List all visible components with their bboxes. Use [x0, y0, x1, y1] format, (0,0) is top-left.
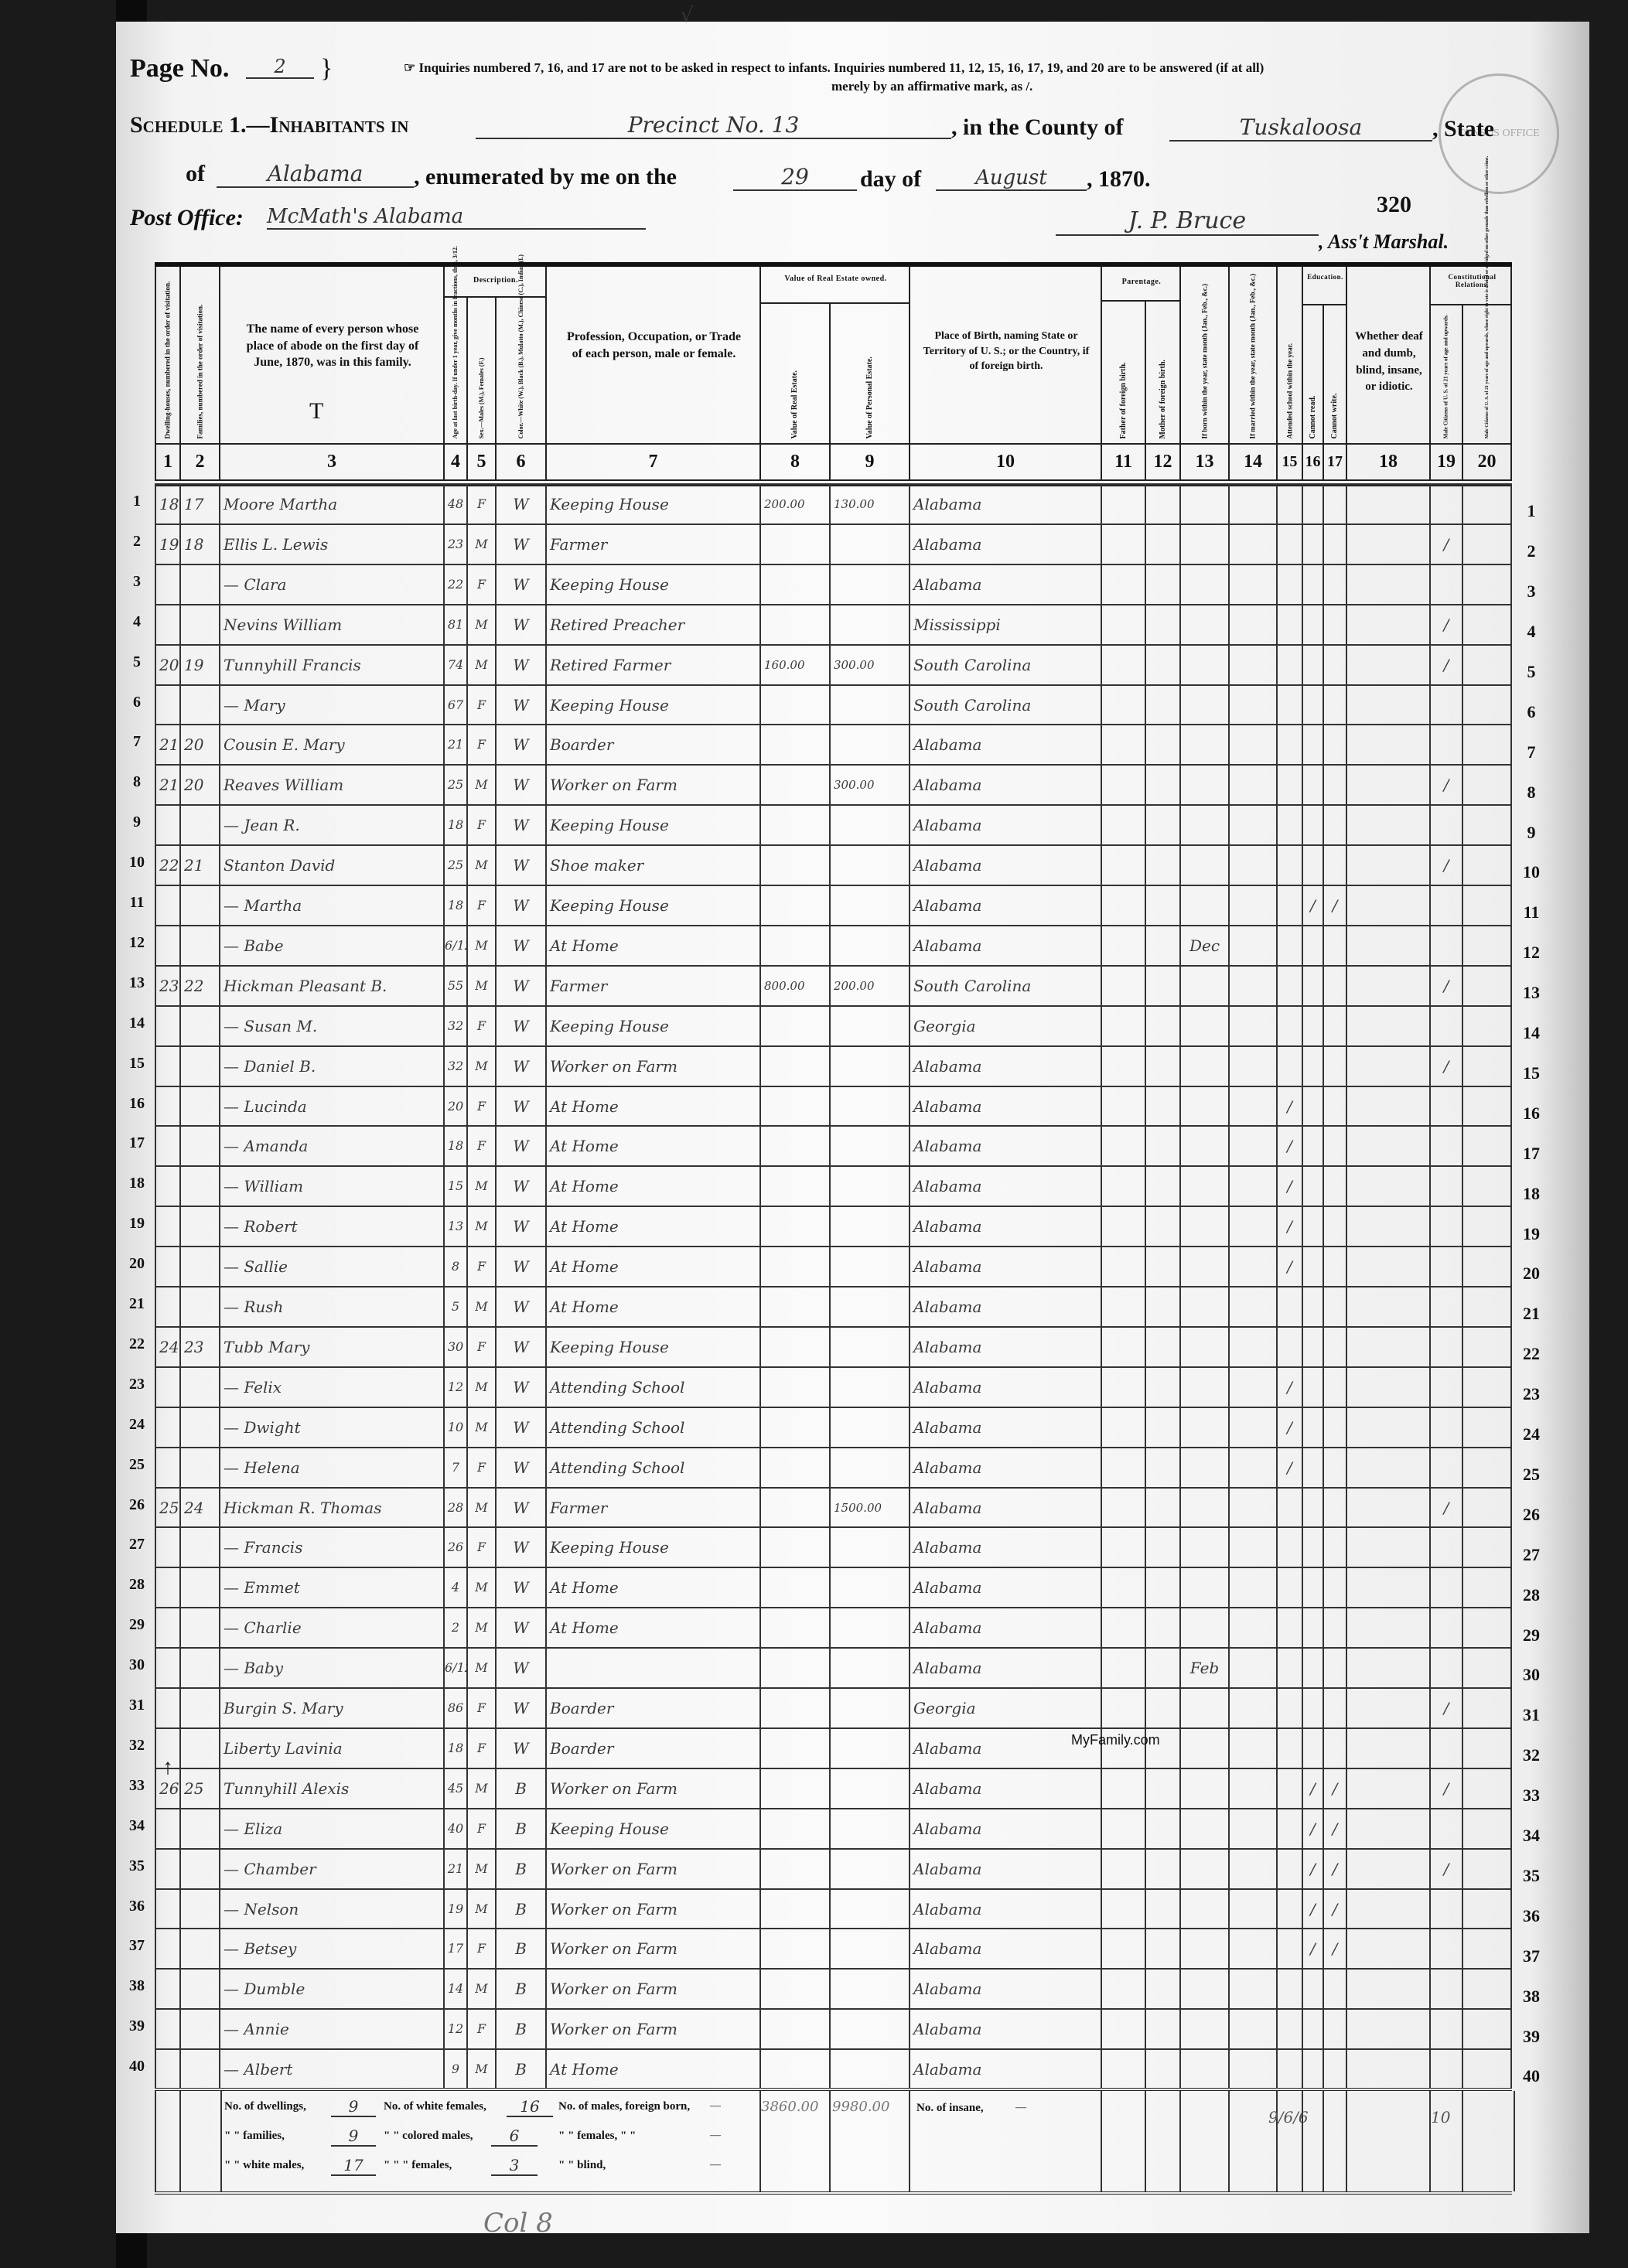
citizen-cell: [1429, 1729, 1462, 1768]
citizen-cell: /: [1429, 1047, 1462, 1086]
birthplace-cell: Alabama: [909, 1929, 1101, 1968]
born-month-cell: Feb: [1179, 1649, 1228, 1687]
totals-footer: No. of dwellings, 9 No. of white females…: [155, 2088, 1512, 2195]
color-cell: B: [495, 1970, 545, 2008]
dwelling-cell: [155, 1809, 179, 1848]
father-foreign-cell: [1101, 766, 1145, 804]
cannot-read-cell: /: [1302, 1809, 1323, 1848]
cannot-write-cell: /: [1323, 1809, 1346, 1848]
line-number-right: 13: [1516, 983, 1547, 1003]
personal-estate-cell: [829, 1809, 909, 1848]
mother-foreign-cell: [1145, 1247, 1179, 1286]
married-month-cell: [1228, 525, 1276, 564]
cannot-write-cell: [1323, 1247, 1346, 1286]
citizen-cell: [1429, 1127, 1462, 1165]
color-cell: W: [495, 1087, 545, 1126]
birthplace-cell: Alabama: [909, 926, 1101, 965]
sex-cell: M: [466, 525, 495, 564]
father-foreign-cell: [1101, 926, 1145, 965]
occupation-cell: Attending School: [545, 1448, 759, 1487]
group-value-estate: Value of Real Estate owned.: [759, 267, 909, 304]
married-month-cell: [1228, 806, 1276, 844]
vote-denied-cell: [1462, 1007, 1512, 1045]
personal-estate-cell: [829, 1608, 909, 1647]
father-foreign-cell: [1101, 846, 1145, 885]
color-cell: W: [495, 1689, 545, 1727]
cannot-write-cell: [1323, 1729, 1346, 1768]
sex-cell: M: [466, 967, 495, 1005]
name-cell: — Annie: [219, 2010, 443, 2048]
table-row: — Jean R.18FWKeeping HouseAlabama: [155, 804, 1512, 844]
line-number-left: 29: [125, 1616, 148, 1634]
family-cell: [179, 806, 219, 844]
line-number-left: 25: [125, 1456, 148, 1474]
age-cell: 10: [443, 1408, 466, 1447]
line-number-left: 26: [125, 1496, 148, 1514]
day-field: 29: [733, 164, 857, 191]
real-estate-cell: [759, 1769, 829, 1808]
attended-school-cell: [1276, 1649, 1302, 1687]
real-estate-cell: [759, 1528, 829, 1567]
age-cell: 55: [443, 967, 466, 1005]
sex-cell: F: [466, 1809, 495, 1848]
citizen-cell: [1429, 1608, 1462, 1647]
disability-cell: [1346, 1649, 1429, 1687]
line-number-left: 5: [125, 653, 148, 671]
citizen-cell: [1429, 565, 1462, 604]
family-cell: [179, 1528, 219, 1567]
dwelling-cell: [155, 1970, 179, 2008]
father-foreign-cell: [1101, 525, 1145, 564]
birthplace-cell: Alabama: [909, 1489, 1101, 1527]
born-month-cell: [1179, 525, 1228, 564]
citizen-cell: [1429, 725, 1462, 764]
table-row: — Annie12FBWorker on FarmAlabama: [155, 2008, 1512, 2048]
vote-denied-cell: [1462, 646, 1512, 684]
name-cell: — Dwight: [219, 1408, 443, 1447]
age-cell: 18: [443, 1729, 466, 1768]
mother-foreign-cell: [1145, 846, 1179, 885]
disability-cell: [1346, 926, 1429, 965]
family-cell: [179, 1929, 219, 1968]
name-cell: Burgin S. Mary: [219, 1689, 443, 1727]
disability-cell: [1346, 967, 1429, 1005]
occupation-cell: Attending School: [545, 1368, 759, 1407]
born-month-cell: [1179, 686, 1228, 725]
age-cell: 7: [443, 1448, 466, 1487]
cannot-read-cell: [1302, 1328, 1323, 1366]
father-foreign-cell: [1101, 646, 1145, 684]
col-header-15-text: Attended school within the year.: [1286, 343, 1293, 438]
occupation-cell: At Home: [545, 1207, 759, 1246]
vote-denied-cell: [1462, 485, 1512, 524]
vote-denied-cell: [1462, 686, 1512, 725]
color-cell: W: [495, 686, 545, 725]
line-number-right: 22: [1516, 1344, 1547, 1364]
name-cell: Stanton David: [219, 846, 443, 885]
vote-denied-cell: [1462, 886, 1512, 925]
personal-estate-cell: [829, 1047, 909, 1086]
line-number-right: 17: [1516, 1144, 1547, 1164]
line-number-left: 22: [125, 1335, 148, 1353]
line-number-left: 7: [125, 733, 148, 751]
vote-denied-cell: [1462, 525, 1512, 564]
col-num-18: 18: [1346, 445, 1429, 479]
dwelling-cell: [155, 1689, 179, 1727]
pointing-hand-icon: ☞: [404, 60, 419, 75]
family-cell: [179, 1850, 219, 1888]
attended-school-cell: [1276, 1809, 1302, 1848]
white-females-count: 16: [507, 2097, 553, 2117]
females-foreign-count: —: [696, 2130, 735, 2142]
cannot-read-cell: [1302, 967, 1323, 1005]
dwelling-cell: [155, 1568, 179, 1607]
married-month-cell: [1228, 1568, 1276, 1607]
dwelling-cell: [155, 806, 179, 844]
vote-denied-cell: [1462, 565, 1512, 604]
line-number-left: 17: [125, 1134, 148, 1152]
born-month-cell: [1179, 2010, 1228, 2048]
real-estate-cell: [759, 1890, 829, 1929]
occupation-cell: At Home: [545, 1087, 759, 1126]
birthplace-cell: Alabama: [909, 1528, 1101, 1567]
personal-estate-cell: [829, 2010, 909, 2048]
age-cell: 81: [443, 605, 466, 644]
disability-cell: [1346, 605, 1429, 644]
cannot-write-cell: [1323, 1087, 1346, 1126]
schedule-label: Schedule 1.—Inhabitants in: [130, 112, 408, 138]
married-month-cell: [1228, 1649, 1276, 1687]
citizen-cell: [1429, 1167, 1462, 1206]
real-estate-cell: [759, 1127, 829, 1165]
col-num-10: 10: [909, 445, 1101, 479]
line-number-right: 33: [1516, 1785, 1547, 1806]
sex-cell: M: [466, 1489, 495, 1527]
cannot-read-cell: /: [1302, 1769, 1323, 1808]
color-cell: W: [495, 725, 545, 764]
sex-cell: F: [466, 686, 495, 725]
line-number-right: 20: [1516, 1264, 1547, 1284]
footer-col-20: [1462, 2091, 1515, 2191]
sex-cell: F: [466, 1729, 495, 1768]
born-month-cell: [1179, 886, 1228, 925]
father-foreign-cell: [1101, 1528, 1145, 1567]
married-month-cell: [1228, 1087, 1276, 1126]
birthplace-cell: South Carolina: [909, 686, 1101, 725]
mother-foreign-cell: [1145, 1769, 1179, 1808]
col-header-6: Color.—White (W.), Black (B.), Mulatto (…: [495, 298, 545, 445]
age-cell: 25: [443, 766, 466, 804]
birthplace-cell: South Carolina: [909, 646, 1101, 684]
real-estate-cell: [759, 926, 829, 965]
col-num-20: 20: [1462, 445, 1512, 479]
father-foreign-cell: [1101, 1649, 1145, 1687]
age-cell: 12: [443, 1368, 466, 1407]
occupation-cell: Keeping House: [545, 1809, 759, 1848]
vote-denied-cell: [1462, 1087, 1512, 1126]
personal-estate-cell: [829, 1689, 909, 1727]
cannot-read-cell: [1302, 1368, 1323, 1407]
cannot-read-cell: [1302, 1448, 1323, 1487]
cannot-write-cell: [1323, 1127, 1346, 1165]
colored-males-count: 6: [491, 2126, 538, 2147]
age-cell: 8: [443, 1247, 466, 1286]
name-cell: — Charlie: [219, 1608, 443, 1647]
born-month-cell: [1179, 646, 1228, 684]
name-cell: Nevins William: [219, 605, 443, 644]
col-header-2-text: Families, numbered in the order of visit…: [196, 304, 203, 438]
mother-foreign-cell: [1145, 1568, 1179, 1607]
footer-col-11: [1101, 2091, 1146, 2191]
table-row: — Eliza40FBKeeping HouseAlabama//: [155, 1808, 1512, 1848]
father-foreign-cell: [1101, 1448, 1145, 1487]
age-cell: 30: [443, 1328, 466, 1366]
cannot-write-cell: [1323, 1489, 1346, 1527]
vote-denied-cell: [1462, 1207, 1512, 1246]
line-number-left: 11: [125, 894, 148, 912]
dwelling-cell: [155, 1368, 179, 1407]
sex-cell: M: [466, 1287, 495, 1326]
birthplace-cell: Alabama: [909, 846, 1101, 885]
table-row: — Chamber21MBWorker on FarmAlabama///: [155, 1848, 1512, 1888]
cannot-write-cell: /: [1323, 1929, 1346, 1968]
name-cell: — Baby: [219, 1649, 443, 1687]
color-cell: B: [495, 1809, 545, 1848]
age-cell: 32: [443, 1047, 466, 1086]
dwelling-cell: [155, 1007, 179, 1045]
attended-school-cell: [1276, 725, 1302, 764]
group-constitutional-label: Constitutional Relations.: [1431, 273, 1514, 288]
family-cell: 22: [179, 967, 219, 1005]
col-num-12: 12: [1145, 445, 1179, 479]
real-estate-cell: [759, 1167, 829, 1206]
family-cell: 23: [179, 1328, 219, 1366]
name-cell: — Robert: [219, 1207, 443, 1246]
disability-cell: [1346, 1087, 1429, 1126]
cannot-write-cell: [1323, 1608, 1346, 1647]
line-number-left: 19: [125, 1215, 148, 1233]
vote-denied-cell: [1462, 1649, 1512, 1687]
cannot-read-cell: [1302, 525, 1323, 564]
occupation-cell: At Home: [545, 1167, 759, 1206]
color-cell: B: [495, 1929, 545, 1968]
age-cell: 25: [443, 846, 466, 885]
occupation-cell: Worker on Farm: [545, 766, 759, 804]
table-row: — Babe6/12MWAt HomeAlabamaDec: [155, 925, 1512, 965]
occupation-cell: Boarder: [545, 1729, 759, 1768]
occupation-cell: At Home: [545, 1127, 759, 1165]
line-number-right: 36: [1516, 1906, 1547, 1926]
age-cell: 2: [443, 1608, 466, 1647]
personal-estate-cell: [829, 686, 909, 725]
citizen-cell: [1429, 1368, 1462, 1407]
occupation-cell: Farmer: [545, 1489, 759, 1527]
attended-school-cell: [1276, 1970, 1302, 2008]
father-foreign-cell: [1101, 1970, 1145, 2008]
born-month-cell: [1179, 1167, 1228, 1206]
sex-cell: F: [466, 1689, 495, 1727]
col-num-9: 9: [829, 445, 909, 479]
group-value-estate-label: Value of Real Estate owned.: [761, 275, 910, 283]
mother-foreign-cell: [1145, 1448, 1179, 1487]
line-number-left: 15: [125, 1055, 148, 1073]
table-row: 2019Tunnyhill Francis74MWRetired Farmer1…: [155, 644, 1512, 684]
sex-cell: M: [466, 1608, 495, 1647]
father-foreign-cell: [1101, 1328, 1145, 1366]
citizens-total: 10: [1431, 2108, 1450, 2126]
married-month-cell: [1228, 1328, 1276, 1366]
disability-cell: [1346, 1408, 1429, 1447]
age-cell: 26: [443, 1528, 466, 1567]
personal-estate-cell: [829, 1729, 909, 1768]
disability-cell: [1346, 1528, 1429, 1567]
table-row: — Rush5MWAt HomeAlabama: [155, 1286, 1512, 1326]
family-cell: [179, 1970, 219, 2008]
color-cell: W: [495, 1287, 545, 1326]
family-cell: [179, 686, 219, 725]
attended-school-cell: [1276, 1287, 1302, 1326]
birthplace-cell: Georgia: [909, 1689, 1101, 1727]
footer-col-18: [1346, 2091, 1431, 2191]
personal-estate-cell: [829, 1850, 909, 1888]
line-number-right: 7: [1516, 742, 1547, 762]
census-table: Dwelling-houses, numbered in the order o…: [155, 267, 1512, 2130]
name-cell: Hickman Pleasant B.: [219, 967, 443, 1005]
disability-cell: [1346, 565, 1429, 604]
personal-estate-cell: [829, 1247, 909, 1286]
attended-school-cell: /: [1276, 1247, 1302, 1286]
colored-females-count: 3: [491, 2156, 538, 2176]
dwelling-cell: [155, 1929, 179, 1968]
dwelling-cell: 23: [155, 967, 179, 1005]
attended-school-cell: [1276, 926, 1302, 965]
color-cell: W: [495, 1007, 545, 1045]
vote-denied-cell: [1462, 1929, 1512, 1968]
line-number-right: 31: [1516, 1705, 1547, 1725]
line-number-right: 11: [1516, 902, 1547, 923]
name-cell: — Martha: [219, 886, 443, 925]
born-month-cell: [1179, 565, 1228, 604]
col-num-16: 16: [1302, 445, 1323, 479]
attended-school-cell: [1276, 1929, 1302, 1968]
citizen-cell: [1429, 1087, 1462, 1126]
family-cell: [179, 1167, 219, 1206]
cannot-read-cell: [1302, 1287, 1323, 1326]
name-cell: — Susan M.: [219, 1007, 443, 1045]
table-row: 2322Hickman Pleasant B.55MWFarmer800.002…: [155, 965, 1512, 1005]
birthplace-cell: Alabama: [909, 485, 1101, 524]
family-cell: 25: [179, 1769, 219, 1808]
citizen-cell: [1429, 1809, 1462, 1848]
occupation-cell: Keeping House: [545, 1328, 759, 1366]
family-cell: 20: [179, 725, 219, 764]
birthplace-cell: South Carolina: [909, 967, 1101, 1005]
personal-estate-cell: [829, 926, 909, 965]
family-cell: 24: [179, 1489, 219, 1527]
attended-school-cell: [1276, 806, 1302, 844]
color-cell: W: [495, 886, 545, 925]
real-estate-cell: [759, 1368, 829, 1407]
personal-estate-cell: [829, 1970, 909, 2008]
mother-foreign-cell: [1145, 1929, 1179, 1968]
birthplace-cell: Alabama: [909, 1247, 1101, 1286]
married-month-cell: [1228, 1528, 1276, 1567]
col-header-2: Families, numbered in the order of visit…: [179, 267, 219, 445]
married-month-cell: [1228, 1247, 1276, 1286]
color-cell: W: [495, 525, 545, 564]
personal-estate-cell: [829, 725, 909, 764]
father-foreign-cell: [1101, 1890, 1145, 1929]
attended-school-cell: [1276, 1007, 1302, 1045]
col-header-3: The name of every person whose place of …: [219, 267, 443, 445]
married-month-cell: [1228, 646, 1276, 684]
citizen-cell: /: [1429, 1689, 1462, 1727]
bottom-note: Col 8: [483, 2208, 553, 2239]
attended-school-cell: [1276, 846, 1302, 885]
footer-col-15: [1276, 2091, 1303, 2191]
attended-school-cell: [1276, 1769, 1302, 1808]
col-num-6: 6: [495, 445, 545, 479]
mother-foreign-cell: [1145, 886, 1179, 925]
cannot-read-cell: /: [1302, 1890, 1323, 1929]
birthplace-cell: Alabama: [909, 1127, 1101, 1165]
table-row: 2221Stanton David25MWShoe makerAlabama/: [155, 844, 1512, 885]
vote-denied-cell: [1462, 1809, 1512, 1848]
attended-school-cell: [1276, 565, 1302, 604]
sex-cell: M: [466, 766, 495, 804]
name-cell: — Emmet: [219, 1568, 443, 1607]
married-month-cell: [1228, 886, 1276, 925]
vote-denied-cell: [1462, 1528, 1512, 1567]
table-row: — Dwight10MWAttending SchoolAlabama/: [155, 1407, 1512, 1447]
birthplace-cell: Alabama: [909, 1167, 1101, 1206]
cannot-write-cell: [1323, 1408, 1346, 1447]
mother-foreign-cell: [1145, 2010, 1179, 2048]
vote-denied-cell: [1462, 725, 1512, 764]
col-header-13-text: If born within the year, state month (Ja…: [1201, 284, 1208, 438]
vote-denied-cell: [1462, 1448, 1512, 1487]
line-number-left: 34: [125, 1817, 148, 1835]
occupation-cell: At Home: [545, 1608, 759, 1647]
real-estate-cell: [759, 1207, 829, 1246]
citizen-cell: [1429, 1287, 1462, 1326]
cannot-write-cell: [1323, 1368, 1346, 1407]
age-cell: 32: [443, 1007, 466, 1045]
color-cell: B: [495, 1850, 545, 1888]
occupation-cell: At Home: [545, 926, 759, 965]
age-cell: 5: [443, 1287, 466, 1326]
cannot-read-cell: [1302, 1207, 1323, 1246]
born-month-cell: [1179, 1850, 1228, 1888]
line-number-right: 8: [1516, 783, 1547, 803]
family-cell: 17: [179, 485, 219, 524]
col-header-17: Cannot write.: [1323, 305, 1346, 445]
cannot-read-cell: /: [1302, 886, 1323, 925]
disability-cell: [1346, 1689, 1429, 1727]
sex-cell: F: [466, 1929, 495, 1968]
vote-denied-cell: [1462, 1127, 1512, 1165]
married-month-cell: [1228, 846, 1276, 885]
col-num-19: 19: [1429, 445, 1462, 479]
cannot-write-cell: [1323, 1970, 1346, 2008]
father-foreign-cell: [1101, 1247, 1145, 1286]
page-stamp-number: 320: [1377, 192, 1411, 218]
table-row: 2625Tunnyhill Alexis45MBWorker on FarmAl…: [155, 1768, 1512, 1808]
line-number-left: 40: [125, 2058, 148, 2075]
real-estate-cell: [759, 1007, 829, 1045]
mother-foreign-cell: [1145, 565, 1179, 604]
cannot-write-cell: [1323, 1287, 1346, 1326]
